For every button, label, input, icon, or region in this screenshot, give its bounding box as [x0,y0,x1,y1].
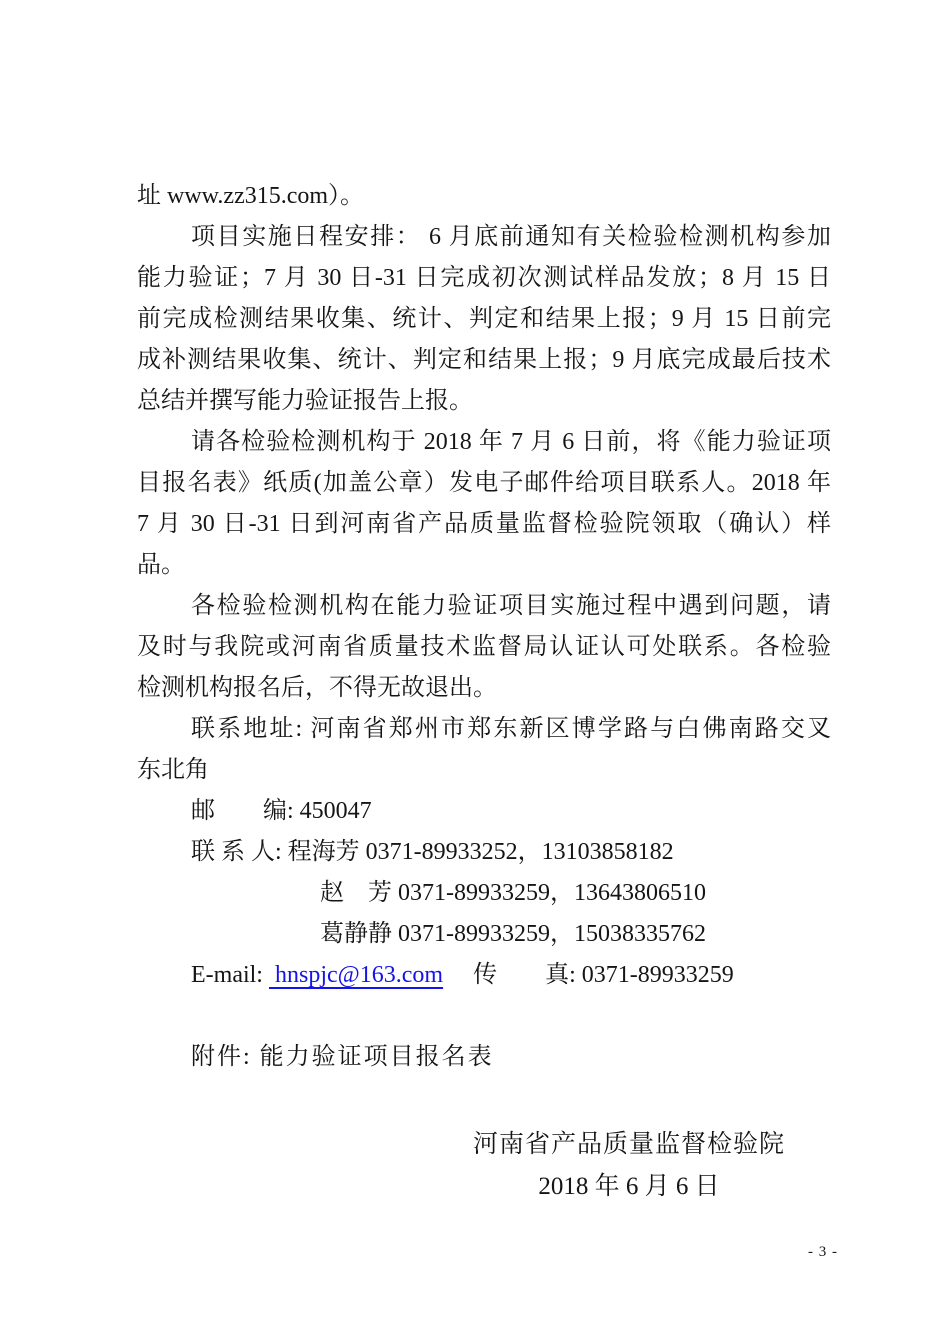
registration-line: 7 月 30 日-31 日到河南省产品质量监督检验院领取（确认）样 [137,504,831,545]
schedule-line: 成补测结果收集、统计、判定和结果上报；9 月底完成最后技术 [137,340,831,381]
registration-line: 品。 [137,545,831,586]
schedule-line: 项目实施日程安排： 6 月底前通知有关检验检测机构参加 [137,217,831,258]
document-body: 址 www.zz315.com）。项目实施日程安排： 6 月底前通知有关检验检测… [137,176,831,1078]
contact-address-line: 联系地址: 河南省郑州市郑东新区博学路与白佛南路交叉 [137,709,831,750]
contact-person-line: 葛静静 0371-89933259，15038335762 [137,914,831,955]
issues-line: 各检验检测机构在能力验证项目实施过程中遇到问题，请 [137,586,831,627]
issues-line: 及时与我院或河南省质量技术监督局认证认可处联系。各检验 [137,627,831,668]
schedule-line: 前完成检测结果收集、统计、判定和结果上报；9 月 15 日前完 [137,299,831,340]
registration-line: 请各检验检测机构于 2018 年 7 月 6 日前，将《能力验证项 [137,422,831,463]
continuation-line: 址 www.zz315.com）。 [137,176,831,217]
email-link[interactable]: hnspjc@163.com [269,962,443,988]
signature-org: 河南省产品质量监督检验院 [473,1124,785,1166]
contact-person-line: 赵 芳 0371-89933259，13643806510 [137,873,831,914]
text-segment: E-mail: [191,962,269,988]
contact-address-line: 东北角 [137,750,831,791]
registration-line: 目报名表》纸质(加盖公章）发电子邮件给项目联系人。2018 年 [137,463,831,504]
schedule-line: 能力验证；7 月 30 日-31 日完成初次测试样品发放；8 月 15 日 [137,258,831,299]
attachment-line: 附件: 能力验证项目报名表 [137,1037,831,1078]
postal-code-line: 邮 编: 450047 [137,791,831,832]
issues-line: 检测机构报名后，不得无故退出。 [137,668,831,709]
contact-person-line: 联 系 人: 程海芳 0371-89933252，13103858182 [137,832,831,873]
text-segment: 传 真: 0371-89933259 [443,962,734,988]
signature-block: 河南省产品质量监督检验院 2018 年 6 月 6 日 [473,1124,785,1208]
signature-date: 2018 年 6 月 6 日 [473,1166,785,1208]
spacer-line [137,996,831,1037]
schedule-line: 总结并撰写能力验证报告上报。 [137,381,831,422]
email-fax-line: E-mail: hnspjc@163.com 传 真: 0371-8993325… [137,955,831,996]
page-number: - 3 - [808,1244,838,1261]
document-page: 址 www.zz315.com）。项目实施日程安排： 6 月底前通知有关检验检测… [0,0,950,1343]
